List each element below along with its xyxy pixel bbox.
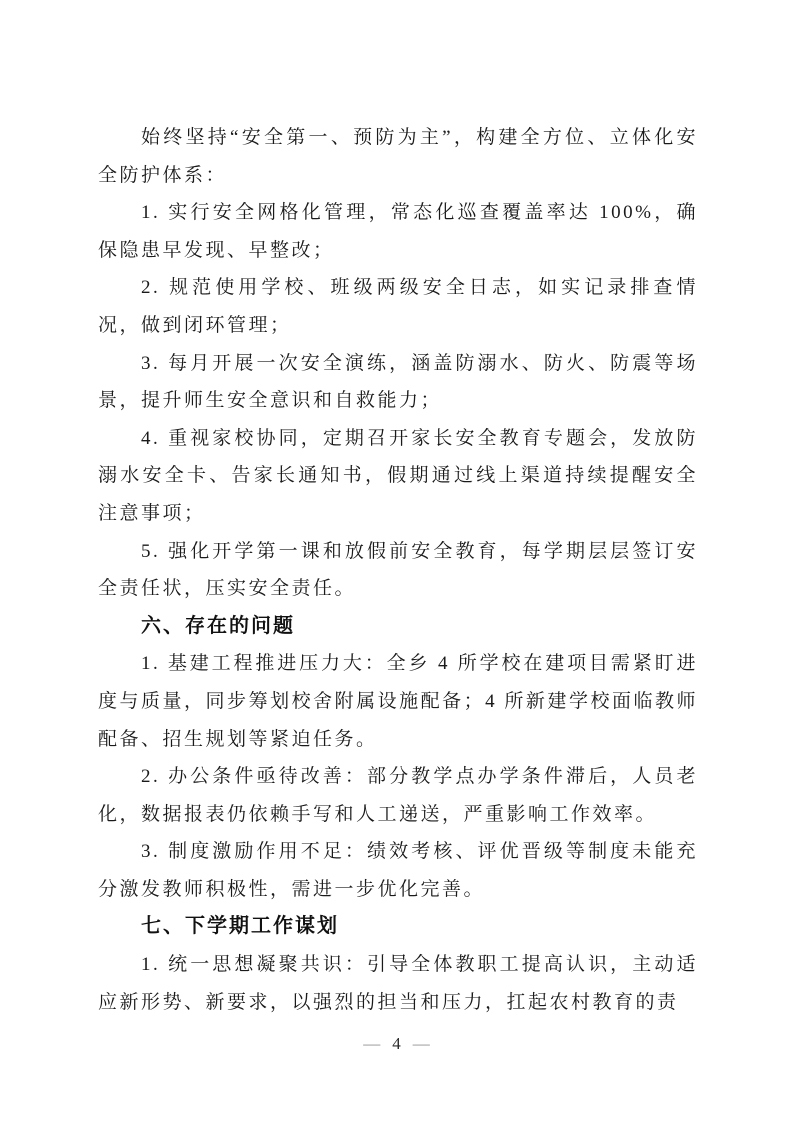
paragraph: 3. 每月开展一次安全演练，涵盖防溺水、防火、防震等场景，提升师生安全意识和自救… bbox=[98, 345, 698, 420]
page-footer: —4— bbox=[0, 1032, 793, 1056]
paragraph: 1. 实行安全网格化管理，常态化巡查覆盖率达 100%，确保隐患早发现、早整改； bbox=[98, 194, 698, 269]
paragraph: 3. 制度激励作用不足：绩效考核、评优晋级等制度未能充分激发教师积极性，需进一步… bbox=[98, 833, 698, 908]
paragraph: 1. 基建工程推进压力大：全乡 4 所学校在建项目需紧盯进度与质量，同步筹划校舍… bbox=[98, 645, 698, 758]
document-body: 始终坚持“安全第一、预防为主”，构建全方位、立体化安全防护体系：1. 实行安全网… bbox=[98, 119, 698, 1021]
paragraph: 4. 重视家校协同，定期召开家长安全教育专题会，发放防溺水安全卡、告家长通知书，… bbox=[98, 420, 698, 533]
section-heading: 七、下学期工作谋划 bbox=[98, 908, 698, 946]
page-number: 4 bbox=[392, 1032, 401, 1056]
paragraph: 始终坚持“安全第一、预防为主”，构建全方位、立体化安全防护体系： bbox=[98, 119, 698, 194]
paragraph: 2. 规范使用学校、班级两级安全日志，如实记录排查情况，做到闭环管理； bbox=[98, 269, 698, 344]
paragraph: 5. 强化开学第一课和放假前安全教育，每学期层层签订安全责任状，压实安全责任。 bbox=[98, 533, 698, 608]
footer-right-dash: — bbox=[413, 1034, 430, 1053]
section-heading: 六、存在的问题 bbox=[98, 608, 698, 646]
footer-left-dash: — bbox=[363, 1034, 380, 1053]
document-page: 始终坚持“安全第一、预防为主”，构建全方位、立体化安全防护体系：1. 实行安全网… bbox=[0, 0, 793, 1122]
paragraph: 2. 办公条件亟待改善：部分教学点办学条件滞后，人员老化，数据报表仍依赖手写和人… bbox=[98, 758, 698, 833]
paragraph: 1. 统一思想凝聚共识：引导全体教职工提高认识，主动适应新形势、新要求，以强烈的… bbox=[98, 946, 698, 1021]
